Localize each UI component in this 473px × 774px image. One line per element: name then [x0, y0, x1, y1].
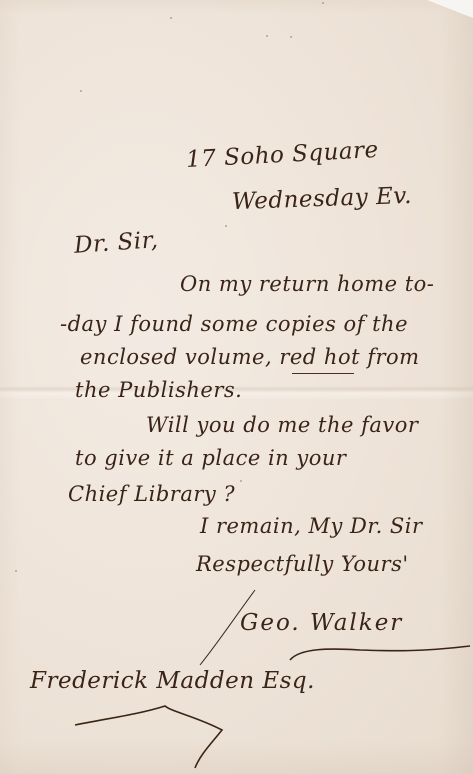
salutation: Dr. Sir,	[73, 227, 159, 259]
closing-line: Respectfully Yours'	[196, 552, 409, 576]
body-line: On my return home to-	[180, 272, 434, 296]
paper-speck	[290, 36, 292, 38]
paper-speck	[170, 17, 172, 19]
closing-line: I remain, My Dr. Sir	[200, 514, 423, 538]
address-line: 17 Soho Square	[185, 137, 379, 173]
letter-page: 17 Soho Square Wednesday Ev. Dr. Sir, On…	[0, 0, 473, 774]
signature: Geo. Walker	[240, 610, 403, 636]
body-line: -day I found some copies of the	[60, 312, 408, 336]
addressee: Frederick Madden Esq.	[30, 668, 315, 694]
body-line: to give it a place in your	[75, 446, 346, 470]
paper-speck	[322, 2, 324, 4]
body-line: the Publishers.	[75, 378, 242, 402]
underline-red-hot	[292, 373, 354, 374]
paper-speck	[225, 225, 227, 227]
body-line: Will you do me the favor	[146, 413, 418, 437]
body-line: enclosed volume, red hot from	[80, 345, 420, 369]
paper-speck	[240, 480, 242, 482]
paper-speck	[15, 570, 17, 572]
paper-speck	[80, 90, 82, 92]
body-line: Chief Library ?	[68, 482, 235, 506]
date-line: Wednesday Ev.	[232, 183, 413, 215]
torn-corner	[427, 0, 473, 18]
paper-speck	[266, 35, 268, 37]
